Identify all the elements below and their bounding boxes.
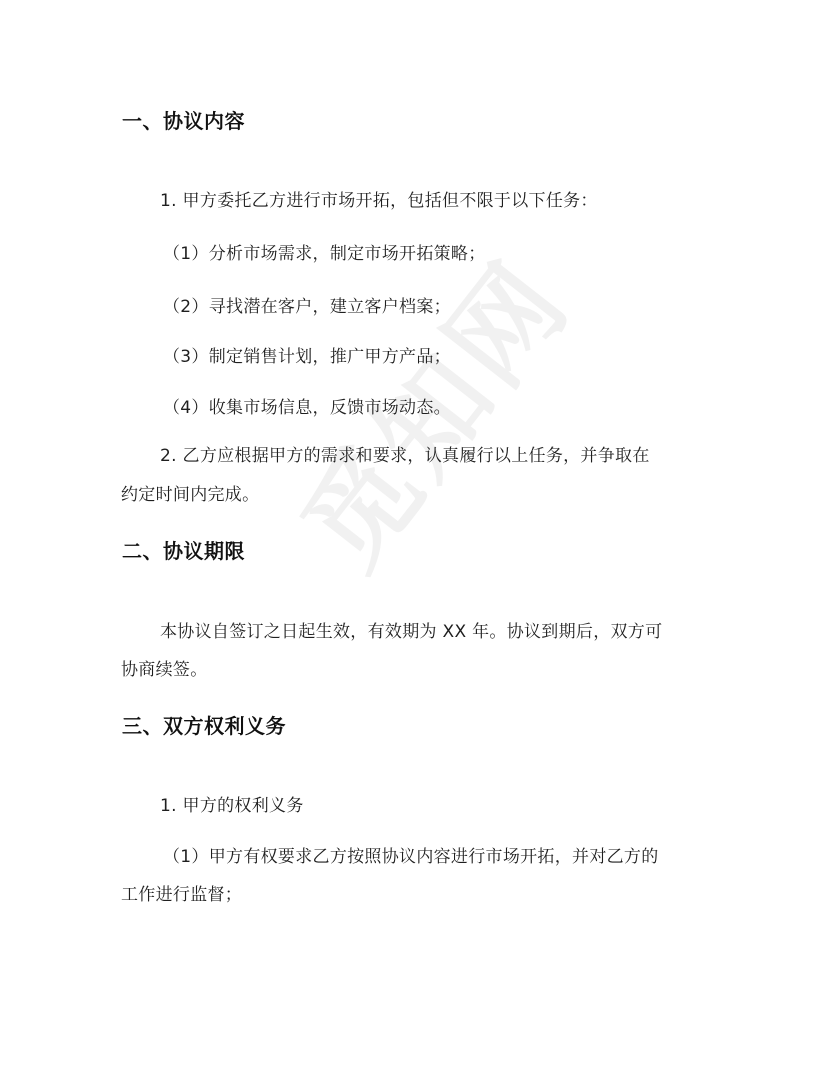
paragraph-line: 约定时间内完成。: [121, 480, 259, 505]
list-item: （3）制定销售计划，推广甲方产品；: [163, 342, 451, 367]
paragraph-line: 1. 甲方委托乙方进行市场开拓，包括但不限于以下任务：: [160, 186, 598, 211]
paragraph-line: 本协议自签订之日起生效，有效期为 XX 年。协议到期后，双方可: [160, 617, 662, 642]
paragraph-line: 2. 乙方应根据甲方的需求和要求，认真履行以上任务，并争取在: [160, 441, 650, 466]
list-item: （2）寻找潜在客户，建立客户档案；: [163, 292, 451, 317]
list-item: （4）收集市场信息，反馈市场动态。: [163, 393, 451, 418]
paragraph-line: 工作进行监督；: [121, 880, 242, 905]
list-item: （1）甲方有权要求乙方按照协议内容进行市场开拓，并对乙方的: [163, 842, 659, 867]
paragraph-line: 协商续签。: [121, 655, 208, 680]
list-item: （1）分析市场需求，制定市场开拓策略；: [163, 239, 486, 264]
section-heading-agreement-content: 一、协议内容: [122, 105, 245, 134]
section-heading-rights-obligations: 三、双方权利义务: [122, 710, 286, 739]
section-heading-agreement-term: 二、协议期限: [122, 535, 245, 564]
paragraph-line: 1. 甲方的权利义务: [160, 791, 304, 816]
document-page: 觅知网 一、协议内容 1. 甲方委托乙方进行市场开拓，包括但不限于以下任务： （…: [0, 0, 830, 1074]
